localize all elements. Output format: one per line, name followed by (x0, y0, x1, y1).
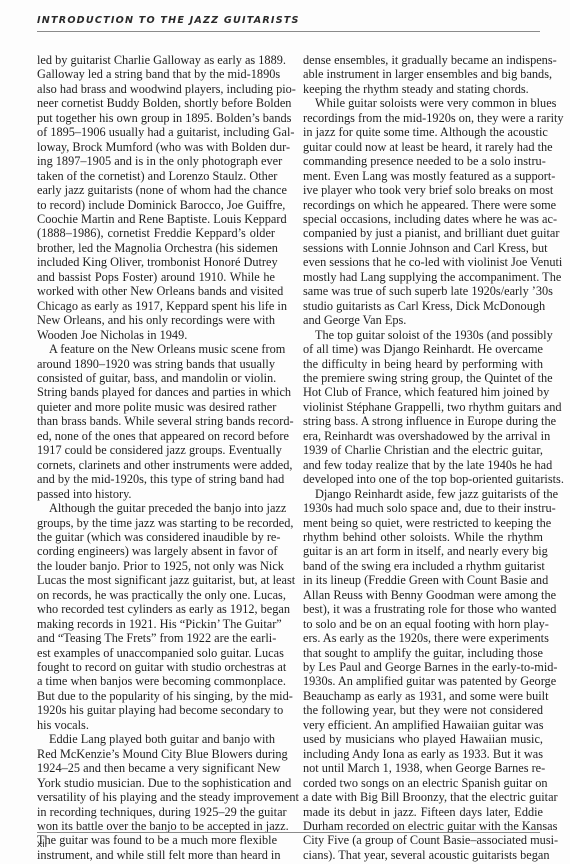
text-line: the premiere swing string group, the Qui… (303, 371, 543, 385)
text-line: taken of the cornetist) and Lorenzo Stau… (37, 169, 275, 183)
text-line: band of the swing era included a rhythm … (303, 559, 543, 573)
text-line: ed, none of the ones that appeared on re… (37, 429, 275, 443)
book-page: INTRODUCTION TO THE JAZZ GUITARISTS led … (0, 0, 570, 864)
text-line: than brass bands. While several string b… (37, 414, 275, 428)
text-line: ers. As early as the 1920s, there were e… (303, 631, 543, 645)
text-line: around 1890–1920 was string bands that u… (37, 357, 275, 371)
text-line: included King Oliver, trombonist Honoré … (37, 255, 275, 269)
text-line: not until March 1, 1938, when George Bar… (303, 761, 543, 775)
text-line: the louder banjo. Prior to 1925, not onl… (37, 559, 275, 573)
text-line: used by musicians who played Hawaiian mu… (303, 732, 543, 746)
text-line: guitar is an art form in itself, and nea… (303, 544, 543, 558)
text-line: keeping the rhythm steady and stating ch… (303, 82, 543, 96)
text-line: same was true of such superb late 1920s/… (303, 284, 543, 298)
text-line: to solo and be on an equal footing with … (303, 617, 543, 631)
text-line: special occasions, including dates where… (303, 212, 543, 226)
text-line: in its lineup (Freddie Green with Count … (303, 573, 543, 587)
text-line: groups, by the time jazz was starting to… (37, 516, 275, 530)
text-line: to record) include Dominick Barocco, Joe… (37, 198, 275, 212)
text-line: brother, led the Magnolia Orchestra (his… (37, 241, 275, 255)
text-line: But due to the popularity of his singing… (37, 689, 275, 703)
text-line: of all time) was Django Reinhardt. He ov… (303, 342, 543, 356)
text-line: the guitar (which was considered inaudib… (37, 530, 275, 544)
right-column: dense ensembles, it gradually became an … (303, 53, 543, 862)
text-line: and bassist Pops Foster) around 1910. Wh… (37, 270, 275, 284)
text-line: in recording techniques, during 1925–29 … (37, 805, 275, 819)
text-line: put together his own group in 1895. Bold… (37, 111, 275, 125)
text-line: String bands played for dances and parti… (37, 385, 275, 399)
text-line: quieter and more polite music was desire… (37, 400, 275, 414)
text-line: ive player who took very brief solo brea… (303, 183, 543, 197)
text-line: able instrument in larger ensembles and … (303, 67, 543, 81)
text-line: versatility of his playing and the stead… (37, 790, 275, 804)
text-line: 1930s. An amplified guitar was patented … (303, 674, 543, 688)
text-line: instrument, and while still felt more th… (37, 848, 275, 862)
text-line: York studio musician. Due to the sophist… (37, 776, 275, 790)
text-line: of 1895–1906 usually had a guitarist, in… (37, 125, 275, 139)
two-column-body: led by guitarist Charlie Galloway as ear… (37, 53, 543, 862)
text-line: commanding presence needed to be a solo … (303, 154, 543, 168)
text-line: by Les Paul and George Barnes in the ear… (303, 660, 543, 674)
text-line: Wooden Joe Nicholas in 1949. (37, 328, 275, 342)
text-line: Django Reinhardt aside, few jazz guitari… (303, 487, 543, 501)
text-line: fought to record on guitar with studio o… (37, 660, 275, 674)
text-line: ment. Even Lang was mostly featured as a… (303, 169, 543, 183)
text-line: made its debut in jazz. Fifteen days lat… (303, 805, 543, 819)
text-line: 1917 could be considered jazz groups. Ev… (37, 443, 275, 457)
text-line: guitar could now at least be heard, it r… (303, 140, 543, 154)
text-line: 1939 of Charlie Christian and the electr… (303, 443, 543, 457)
page-number: xii (37, 838, 47, 850)
text-line: cornets, clarinets and other instruments… (37, 458, 275, 472)
text-line: 1930s had much solo space and, due to th… (303, 501, 543, 515)
text-line: his vocals. (37, 718, 275, 732)
text-line: New Orleans, and his only recordings wer… (37, 313, 275, 327)
text-line: sessions with Lonnie Johnson and Carl Kr… (303, 241, 543, 255)
text-line: Lucas the most significant jazz guitaris… (37, 573, 275, 587)
text-line: neer cornetist Buddy Bolden, shortly bef… (37, 96, 275, 110)
text-line: and “Teasing The Frets” from 1922 are th… (37, 631, 275, 645)
text-line: loway, Brock Mumford (who was with Bolde… (37, 140, 275, 154)
text-line: The guitar was found to be a much more f… (37, 833, 275, 847)
text-line: est examples of unaccompanied solo guita… (37, 646, 275, 660)
text-line: Hot Club of France, which featured him j… (303, 385, 543, 399)
text-line: consisted of guitar, bass, and mandolin … (37, 371, 275, 385)
text-line: worked with other New Orleans bands and … (37, 284, 275, 298)
text-line: the difficulty in being heard by perform… (303, 357, 543, 371)
text-line: passed into history. (37, 487, 275, 501)
text-line: and by the mid-1920s, this type of strin… (37, 472, 275, 486)
text-line: a date with Big Bill Broonzy, that the e… (303, 790, 543, 804)
text-line: Coochie Martin and Rene Baptiste. Louis … (37, 212, 275, 226)
text-line: Galloway led a string band that by the m… (37, 67, 275, 81)
text-line: very efficient. An amplified Hawaiian gu… (303, 718, 543, 732)
text-line: best), it was a frustrating role for tho… (303, 602, 543, 616)
text-line: Red McKenzie’s Mound City Blue Blowers d… (37, 747, 275, 761)
text-line: on records, he was practically the only … (37, 588, 275, 602)
text-line: ment being so quiet, were restricted to … (303, 516, 543, 530)
left-column: led by guitarist Charlie Galloway as ear… (37, 53, 275, 862)
text-line: Eddie Lang played both guitar and banjo … (37, 732, 275, 746)
text-line: Chicago as early as 1917, Keppard spent … (37, 299, 275, 313)
text-line: and few today realize that by the late 1… (303, 458, 543, 472)
text-line: who recorded test cylinders as early as … (37, 602, 275, 616)
text-line: early jazz guitarists (none of whom had … (37, 183, 275, 197)
text-line: 1924–25 and then became a very significa… (37, 761, 275, 775)
text-line: recordings on which he appeared. There w… (303, 198, 543, 212)
text-line: City Five (a group of Count Basie–associ… (303, 833, 543, 847)
text-line: corded two songs on an electric Spanish … (303, 776, 543, 790)
text-line: era, Reinhardt was overshadowed by the a… (303, 429, 543, 443)
text-line: Although the guitar preceded the banjo i… (37, 501, 275, 515)
text-line: also had brass and woodwind players, inc… (37, 82, 275, 96)
text-line: in jazz for quite some time. Although th… (303, 125, 543, 139)
text-line: 1920s his guitar playing had become seco… (37, 703, 275, 717)
text-line: string bass. A strong influence in Europ… (303, 414, 543, 428)
running-head: INTRODUCTION TO THE JAZZ GUITARISTS (37, 15, 300, 26)
text-line: led by guitarist Charlie Galloway as ear… (37, 53, 275, 67)
text-line: companied by just a pianist, and brillia… (303, 226, 543, 240)
text-line: ing 1897–1905 and is in the only photogr… (37, 154, 275, 168)
text-line: including Andy Iona as early as 1933. Bu… (303, 747, 543, 761)
text-line: recordings from the mid-1920s on, they w… (303, 111, 543, 125)
text-line: even sessions that he co-led with violin… (303, 255, 543, 269)
text-line: Allan Reuss with Benny Goodman were amon… (303, 588, 543, 602)
text-line: dense ensembles, it gradually became an … (303, 53, 543, 67)
text-line: Beauchamp as early as 1931, and some wer… (303, 689, 543, 703)
text-line: mostly had Lang supplying the accompanim… (303, 270, 543, 284)
text-line: (1888–1986), cornetist Freddie Keppard’s… (37, 226, 275, 240)
text-line: a time when banjos were becoming commonp… (37, 674, 275, 688)
text-line: The top guitar soloist of the 1930s (and… (303, 328, 543, 342)
text-line: A feature on the New Orleans music scene… (37, 342, 275, 356)
header-rule (37, 31, 540, 32)
text-line: violinist Stéphane Grappelli, two rhythm… (303, 400, 543, 414)
text-line: rhythm behind other soloists. While the … (303, 530, 543, 544)
text-line: cians). That year, several acoustic guit… (303, 848, 543, 862)
text-line: the following year, but they were not co… (303, 703, 543, 717)
text-line: that sought to amplify the guitar, inclu… (303, 646, 543, 660)
text-line: developed into one of the top bop-orient… (303, 472, 543, 486)
text-line: cording engineers) was largely absent in… (37, 544, 275, 558)
text-line: making records in 1921. His “Pickin’ The… (37, 617, 275, 631)
text-line: While guitar soloists were very common i… (303, 96, 543, 110)
footer-rule (37, 832, 540, 833)
text-line: and George Van Eps. (303, 313, 543, 327)
text-line: studio guitarists as Carl Kress, Dick Mc… (303, 299, 543, 313)
